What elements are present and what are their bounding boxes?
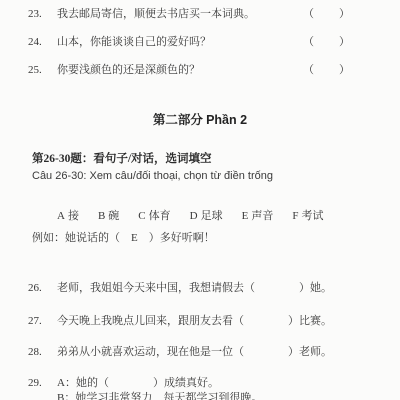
word-bank-item: B碗 [98,209,119,223]
example-line: 例如：她说话的（ E ）多好听啊！ [32,231,215,245]
question-row: 23.我去邮局寄信，顺便去书店买一本词典。 [28,7,255,21]
question-text: 老师，我姐姐今天来中国，我想请假去（ ）她。 [57,282,332,294]
section-header-vi: Phần 2 [206,113,247,127]
question-row: 26.老师，我姐姐今天来中国，我想请假去（ ）她。 [28,281,332,295]
question-text: 我去邮局寄信，顺便去书店买一本词典。 [57,8,255,20]
example-label: 例如： [32,232,65,244]
option-letter: B [98,209,105,223]
word-bank-item: F考试 [292,209,323,223]
question-number: 26. [28,281,57,295]
option-word: 考试 [301,209,323,223]
example-text: 她说话的（ E ）多好听啊！ [65,232,215,244]
option-word: 接 [68,209,79,223]
dialogue-line-a: A：她的（ ）成绩真好。 [57,377,219,389]
answer-blank: （ ） [303,63,351,77]
question-row: 28.弟弟从小就喜欢运动，现在他是一位（ ）老师。 [28,345,332,359]
option-word: 碗 [108,209,119,223]
instruction-vi: Câu 26-30: Xem câu/đối thoại, chọn từ đi… [32,169,273,183]
word-bank-item: D足球 [190,209,223,223]
word-bank-item: A接 [57,209,79,223]
question-text: 今天晚上我晚点儿回来，跟朋友去看（ ）比赛。 [57,315,332,327]
option-letter: F [292,209,298,223]
answer-blank: （ ） [303,35,351,49]
option-word: 足球 [201,209,223,223]
dialogue-line-b: B：她学习非常努力，每天都学习到很晚。 [57,391,262,400]
section-header-zh: 第二部分 [153,113,203,127]
word-bank-item: E声音 [242,209,274,223]
question-row: 29.A：她的（ ）成绩真好。 [28,376,219,390]
instruction-zh: 第26-30题：看句子/对话，选词填空 [32,152,212,166]
question-number: 28. [28,345,57,359]
question-number: 24. [28,35,57,49]
exam-page: 23.我去邮局寄信，顺便去书店买一本词典。 （ ） 24.山本，你能谈谈自己的爱… [0,0,400,400]
question-text: 弟弟从小就喜欢运动，现在他是一位（ ）老师。 [57,346,332,358]
question-text: 山本，你能谈谈自己的爱好吗？ [57,36,211,48]
section-header: 第二部分 Phần 2 [0,113,400,127]
question-number: 29. [28,376,57,390]
option-word: 体育 [149,209,171,223]
question-row: 27.今天晚上我晚点儿回来，跟朋友去看（ ）比赛。 [28,314,332,328]
question-row: 25.你要浅颜色的还是深颜色的？ [28,63,200,77]
option-letter: E [242,209,249,223]
option-word: 声音 [251,209,273,223]
option-letter: D [190,209,198,223]
word-bank: A接 B碗 C体育 D足球 E声音 F考试 [57,209,323,223]
word-bank-item: C体育 [138,209,170,223]
answer-blank: （ ） [303,7,351,21]
question-number: 25. [28,63,57,77]
question-row: 24.山本，你能谈谈自己的爱好吗？ [28,35,211,49]
question-text: 你要浅颜色的还是深颜色的？ [57,64,200,76]
option-letter: A [57,209,65,223]
question-number: 23. [28,7,57,21]
question-number: 27. [28,314,57,328]
option-letter: C [138,209,145,223]
